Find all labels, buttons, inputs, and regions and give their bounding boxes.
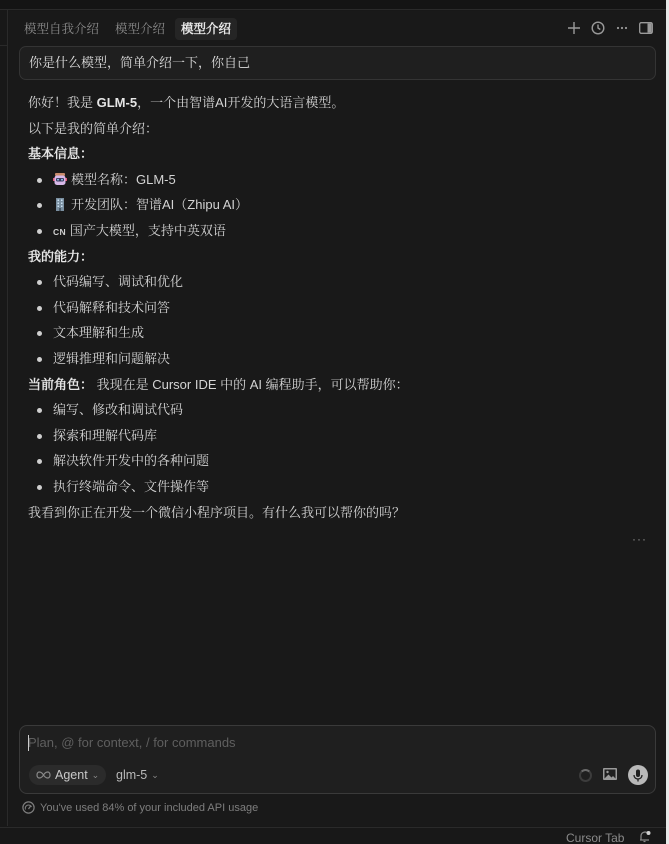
- text-caret: [28, 735, 29, 751]
- new-chat-button[interactable]: [566, 19, 582, 37]
- voice-input-button[interactable]: [628, 765, 648, 785]
- tab-model-intro[interactable]: 模型介绍: [109, 18, 171, 40]
- assistant-reply: 你好！我是 GLM-5，一个由智谱AI开发的大语言模型。 以下是我的简单介绍： …: [28, 92, 648, 527]
- model-selector[interactable]: glm-5 ⌄: [116, 765, 159, 785]
- list-item: 代码解释和技术问答: [28, 297, 648, 323]
- more-icon: [616, 26, 628, 30]
- chevron-down-icon: ⌄: [92, 770, 100, 781]
- gauge-icon: [22, 801, 35, 814]
- user-message[interactable]: 你是什么模型，简单介绍一下，你自己: [19, 46, 656, 80]
- list-item: 探索和理解代码库: [28, 425, 648, 451]
- mode-selector[interactable]: Agent ⌄: [29, 765, 106, 785]
- plus-icon: [568, 22, 580, 34]
- list-item: CN国产大模型，支持中英双语: [28, 220, 648, 246]
- status-bar: Cursor Tab: [0, 827, 666, 844]
- role-list: 编写、修改和调试代码 探索和理解代码库 解决软件开发中的各种问题 执行终端命令、…: [28, 399, 648, 501]
- closing-text: 我看到你正在开发一个微信小程序项目。有什么我可以帮你的吗？: [28, 502, 648, 528]
- office-building-icon: [53, 197, 67, 211]
- list-item: 解决软件开发中的各种问题: [28, 450, 648, 476]
- abilities-list: 代码编写、调试和优化 代码解释和技术问答 文本理解和生成 逻辑推理和问题解决: [28, 271, 648, 373]
- list-item: 编写、修改和调试代码: [28, 399, 648, 425]
- toggle-panel-button[interactable]: [638, 19, 654, 37]
- history-icon: [591, 21, 605, 35]
- window-top-strip: [0, 0, 669, 10]
- history-button[interactable]: [590, 19, 606, 37]
- composer: Plan, @ for context, / for commands Agen…: [19, 725, 656, 794]
- chevron-down-icon: ⌄: [151, 770, 159, 781]
- message-more-button[interactable]: ···: [632, 535, 647, 543]
- tab-model-self-intro[interactable]: 模型自我介绍: [18, 18, 105, 40]
- cursor-tab-status[interactable]: Cursor Tab: [566, 831, 624, 844]
- basic-info-heading: 基本信息：: [28, 143, 648, 169]
- header-actions: [566, 19, 654, 37]
- cn-flag-icon: CN: [53, 227, 66, 237]
- infinity-icon: [36, 771, 51, 779]
- usage-notice: You've used 84% of your included API usa…: [22, 801, 258, 814]
- list-item: 执行终端命令、文件操作等: [28, 476, 648, 502]
- more-options-button[interactable]: [614, 19, 630, 37]
- role-line: 当前角色： 我现在是 Cursor IDE 中的 AI 编程助手，可以帮助你：: [28, 374, 648, 400]
- tab-model-intro-active[interactable]: 模型介绍: [175, 18, 237, 40]
- left-editor-edge: [0, 10, 8, 826]
- image-upload-icon[interactable]: [603, 768, 617, 780]
- list-item: 代码编写、调试和优化: [28, 271, 648, 297]
- list-item: 模型名称：GLM-5: [28, 169, 648, 195]
- intro-text: 以下是我的简单介绍：: [28, 118, 648, 144]
- list-item: 逻辑推理和问题解决: [28, 348, 648, 374]
- abilities-heading: 我的能力：: [28, 246, 648, 272]
- notification-bell-icon[interactable]: [639, 830, 651, 843]
- chat-tabs: 模型自我介绍 模型介绍 模型介绍: [18, 18, 237, 40]
- microphone-icon: [633, 769, 643, 782]
- toggle-panel-icon: [639, 22, 653, 34]
- basic-info-list: 模型名称：GLM-5 开发团队：智谱AI（Zhipu AI） CN国产大模型，支…: [28, 169, 648, 246]
- greeting: 你好！我是 GLM-5，一个由智谱AI开发的大语言模型。: [28, 92, 648, 118]
- list-item: 开发团队：智谱AI（Zhipu AI）: [28, 194, 648, 220]
- loading-spinner-icon: [579, 769, 592, 782]
- chat-input[interactable]: Plan, @ for context, / for commands: [28, 734, 628, 752]
- robot-icon: [53, 172, 67, 186]
- list-item: 文本理解和生成: [28, 322, 648, 348]
